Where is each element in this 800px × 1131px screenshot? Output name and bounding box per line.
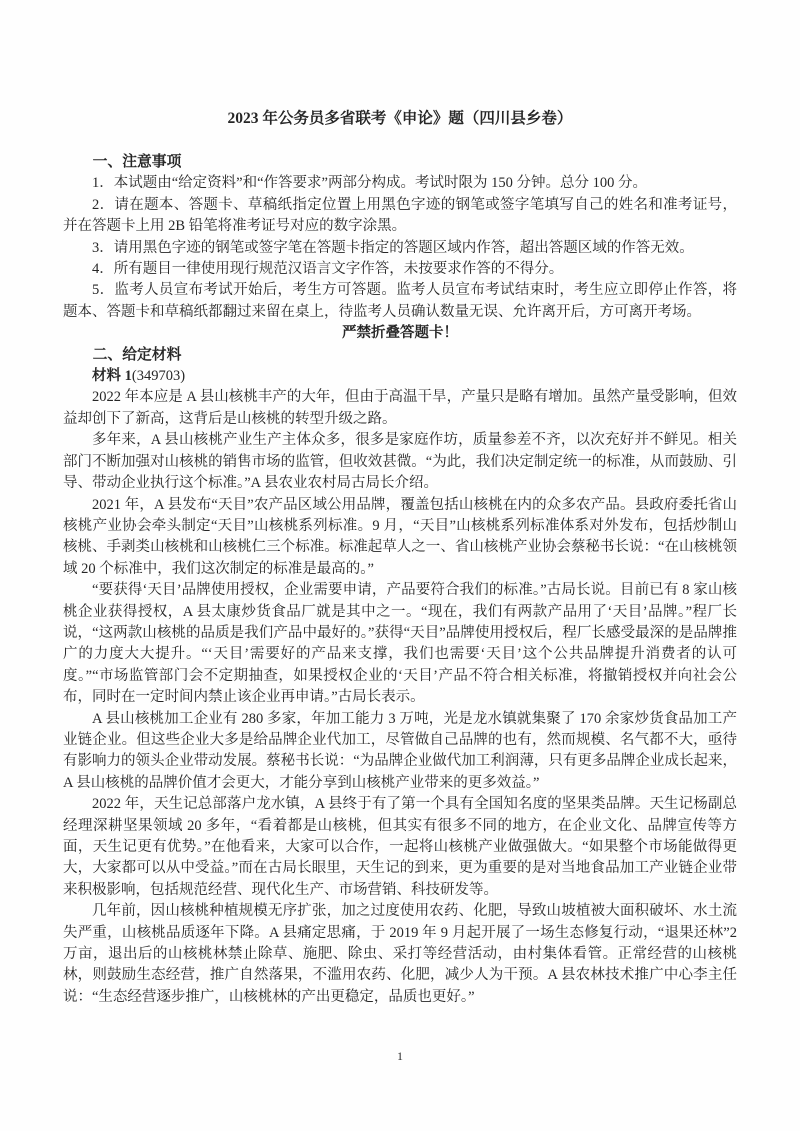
material-paragraph-5: A 县山核桃加工企业有 280 多家，年加工能力 3 万吨，光是龙水镇就集聚了 … (63, 709, 737, 795)
fold-warning-text: 严禁折叠答题卡！ (63, 323, 737, 344)
material-paragraph-7: 几年前，因山核桃种植规模无序扩张，加之过度使用农药、化肥，导致山坡植被大面积破坏… (63, 901, 737, 1008)
notice-heading: 一、注意事项 (63, 152, 737, 173)
document-page: 2023 年公务员多省联考《申论》题（四川县乡卷） 一、注意事项 1．本试题由“… (0, 0, 800, 1131)
page-number: 1 (0, 1046, 800, 1067)
notice-item-4: 4．所有题目一律使用现行规范汉语言文字作答，未按要求作答的不得分。 (63, 259, 737, 280)
material-paragraph-2: 多年来，A 县山核桃产业生产主体众多，很多是家庭作坊，质量参差不齐，以次充好并不… (63, 430, 737, 494)
material-paragraph-4: “要获得‘天目’品牌使用授权，企业需要申请，产品要符合我们的标准。”古局长说。目… (63, 580, 737, 708)
material-paragraph-3: 2021 年，A 县发布“天目”农产品区域公用品牌，覆盖包括山核桃在内的众多农产… (63, 495, 737, 581)
materials-heading: 二、给定材料 (63, 345, 737, 366)
notice-item-1: 1．本试题由“给定资料”和“作答要求”两部分构成。考试时限为 150 分钟。总分… (63, 173, 737, 194)
notice-item-5: 5．监考人员宣布考试开始后，考生方可答题。监考人员宣布考试结束时，考生应立即停止… (63, 280, 737, 323)
document-title: 2023 年公务员多省联考《申论》题（四川县乡卷） (63, 108, 737, 130)
material-1-label-title: 材料 1 (92, 368, 132, 384)
material-1-label: 材料 1(349703) (63, 366, 737, 387)
notice-item-3: 3．请用黑色字迹的钢笔或签字笔在答题卡指定的答题区域内作答，超出答题区域的作答无… (63, 238, 737, 259)
material-1-label-code: (349703) (132, 368, 185, 384)
material-paragraph-6: 2022 年，天生记总部落户龙水镇，A 县终于有了第一个具有全国知名度的坚果类品… (63, 794, 737, 901)
notice-item-2: 2．请在题本、答题卡、草稿纸指定位置上用黑色字迹的钢笔或签字笔填写自己的姓名和准… (63, 195, 737, 238)
material-paragraph-1: 2022 年本应是 A 县山核桃丰产的大年，但由于高温干旱，产量只是略有增加。虽… (63, 387, 737, 430)
